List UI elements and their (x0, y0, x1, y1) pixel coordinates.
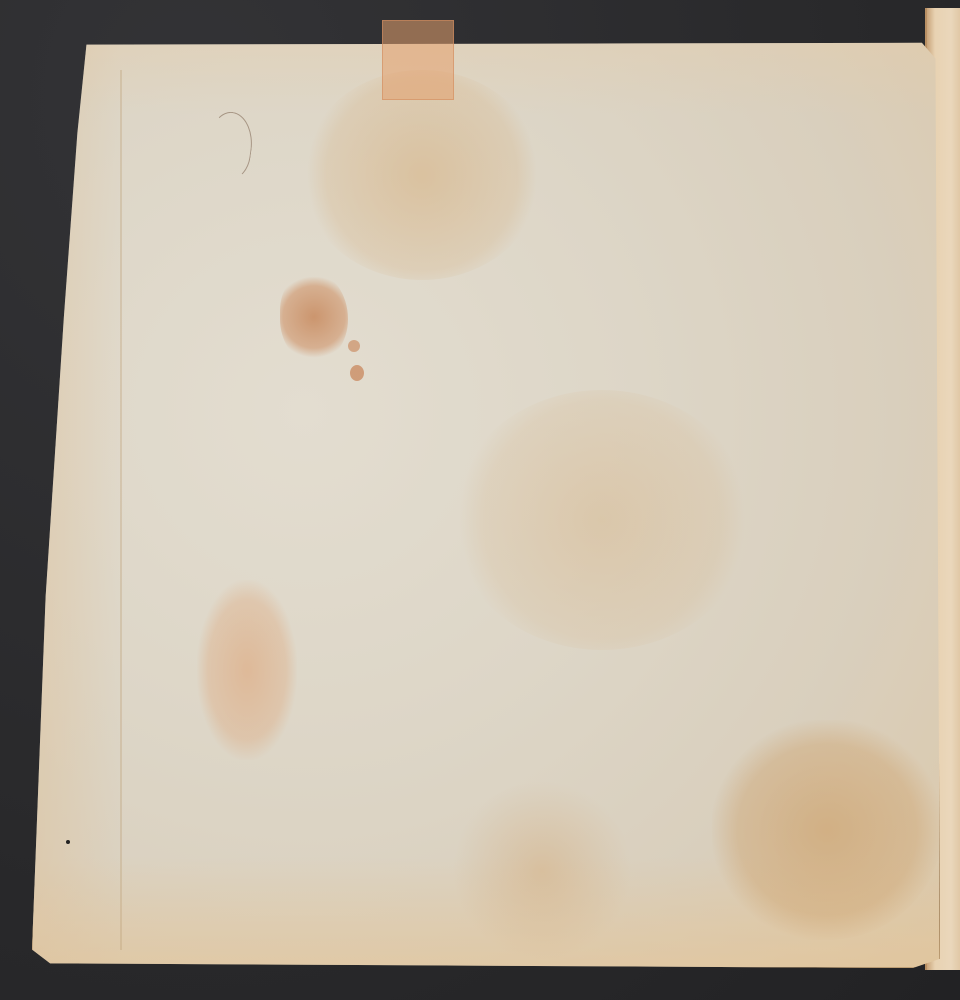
stain-lower-left (197, 580, 297, 760)
paper-page (32, 40, 940, 968)
library-stamp (382, 20, 454, 100)
stain-bottom (452, 780, 632, 960)
stain-lower-right (712, 720, 942, 940)
stain-top (302, 70, 542, 280)
stain-center (452, 390, 752, 650)
stain-drop-small (348, 340, 360, 352)
fold-line (120, 70, 122, 950)
ink-speck (66, 840, 70, 844)
stain-drop (280, 272, 348, 362)
stain-drop-small (350, 365, 364, 381)
